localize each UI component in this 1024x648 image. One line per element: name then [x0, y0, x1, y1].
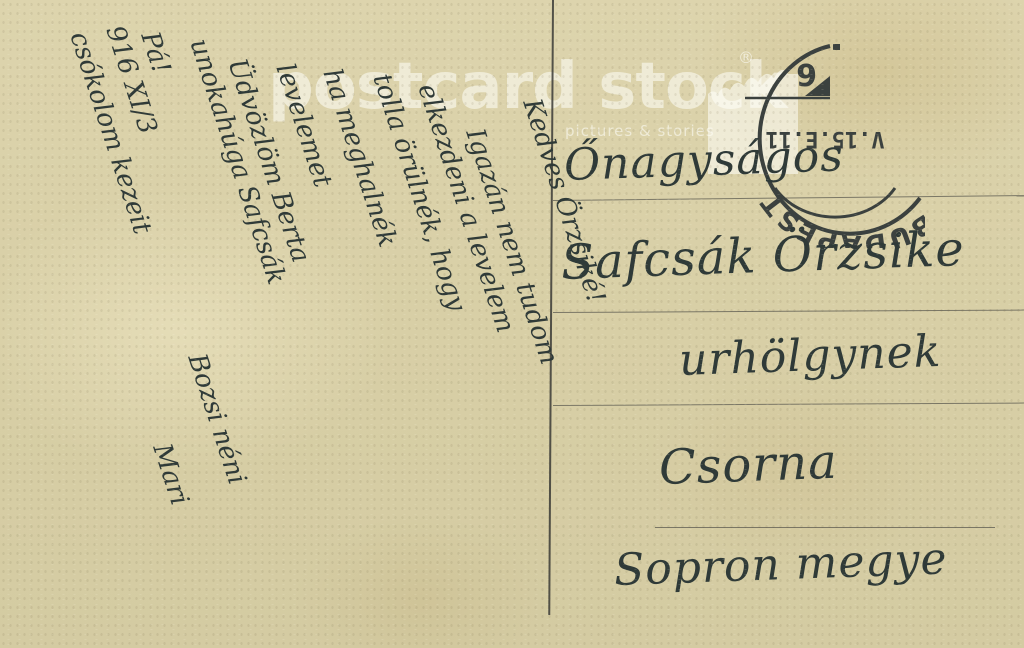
address-rule-line	[655, 527, 995, 528]
svg-text:6: 6	[796, 56, 817, 91]
center-divider-line	[548, 0, 554, 615]
address-line-title: Őnagyságos	[563, 130, 844, 191]
postcard-back: postcard stock ® pictures & stories 6 BU…	[0, 0, 1024, 648]
address-line-town: Csorna	[658, 434, 839, 496]
address-rule-line	[553, 403, 1024, 406]
address-line-honorific: urhölgynek	[678, 326, 942, 386]
address-line-name: Safcsák Örzsike	[560, 221, 966, 291]
message-signature: Mari	[146, 440, 194, 509]
address-rule-line	[553, 310, 1024, 313]
address-line-county: Sopron megye	[613, 533, 948, 596]
message-signature: Bozsi néni	[181, 350, 251, 488]
